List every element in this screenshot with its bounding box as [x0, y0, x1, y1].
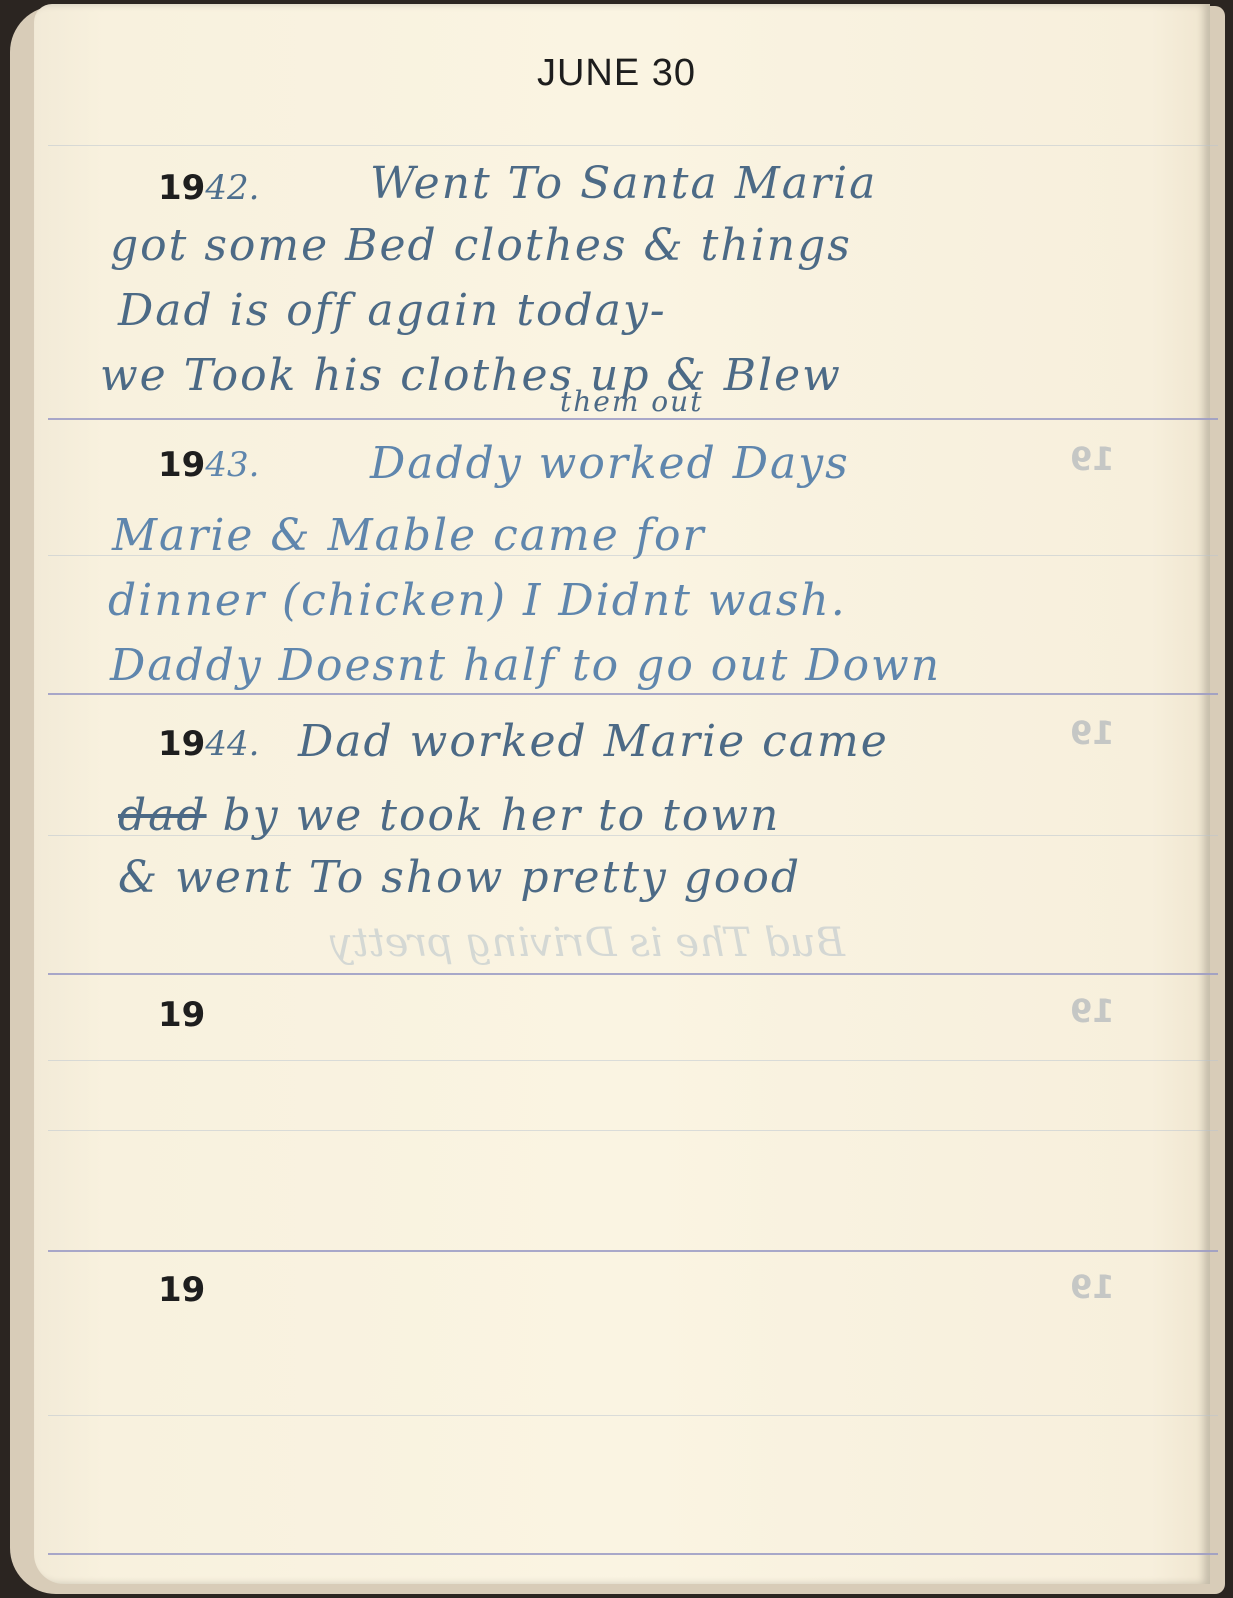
rule-line — [48, 145, 1218, 146]
bleed-through-year: 19 — [1070, 1268, 1115, 1306]
entry-line: Dad is off again today- — [118, 285, 667, 336]
bleed-through-year: 19 — [1070, 992, 1115, 1030]
entry-line: Went To Santa Maria — [370, 158, 877, 209]
rule-line — [48, 1553, 1218, 1555]
entry-line-insert: them out — [560, 385, 703, 418]
entry-line: & went To show pretty good — [118, 852, 801, 903]
year-suffix-handwritten: 43. — [205, 445, 259, 485]
bleed-through-text: Bud The is Driving pretty — [330, 920, 845, 966]
rule-line — [48, 693, 1218, 695]
year-label-1944: 1944. — [158, 724, 259, 764]
year-suffix-handwritten: 42. — [205, 168, 259, 208]
year-prefix: 19 — [158, 724, 205, 764]
rule-line — [48, 973, 1218, 975]
entry-line: Marie & Mable came for — [112, 510, 706, 561]
page-title: JUNE 30 — [0, 52, 1233, 95]
year-suffix-handwritten: 44. — [205, 724, 259, 764]
entry-line: got some Bed clothes & things — [110, 220, 852, 271]
rule-line — [48, 418, 1218, 420]
year-label-blank: 19 — [158, 995, 205, 1035]
year-label-blank: 19 — [158, 1270, 205, 1310]
bleed-through-year: 19 — [1070, 440, 1115, 478]
year-label-1943: 1943. — [158, 445, 259, 485]
year-prefix: 19 — [158, 168, 205, 208]
strikethrough-word: dad — [118, 790, 207, 841]
rule-line — [48, 1130, 1218, 1131]
entry-line: Daddy Doesnt half to go out Down — [110, 640, 941, 691]
rule-line — [48, 1060, 1218, 1061]
year-label-1942: 1942. — [158, 168, 259, 208]
entry-line: we Took his clothes up & Blew — [100, 350, 842, 401]
entry-line-text: by we took her to town — [223, 790, 781, 841]
entry-line: Dad worked Marie came — [298, 716, 889, 767]
entry-line: dad by we took her to town — [118, 790, 780, 841]
rule-line — [48, 1250, 1218, 1252]
year-prefix: 19 — [158, 445, 205, 485]
entry-line: Daddy worked Days — [370, 438, 850, 489]
entry-line: dinner (chicken) I Didnt wash. — [108, 575, 847, 626]
bleed-through-year: 19 — [1070, 714, 1115, 752]
rule-line — [48, 1415, 1218, 1416]
